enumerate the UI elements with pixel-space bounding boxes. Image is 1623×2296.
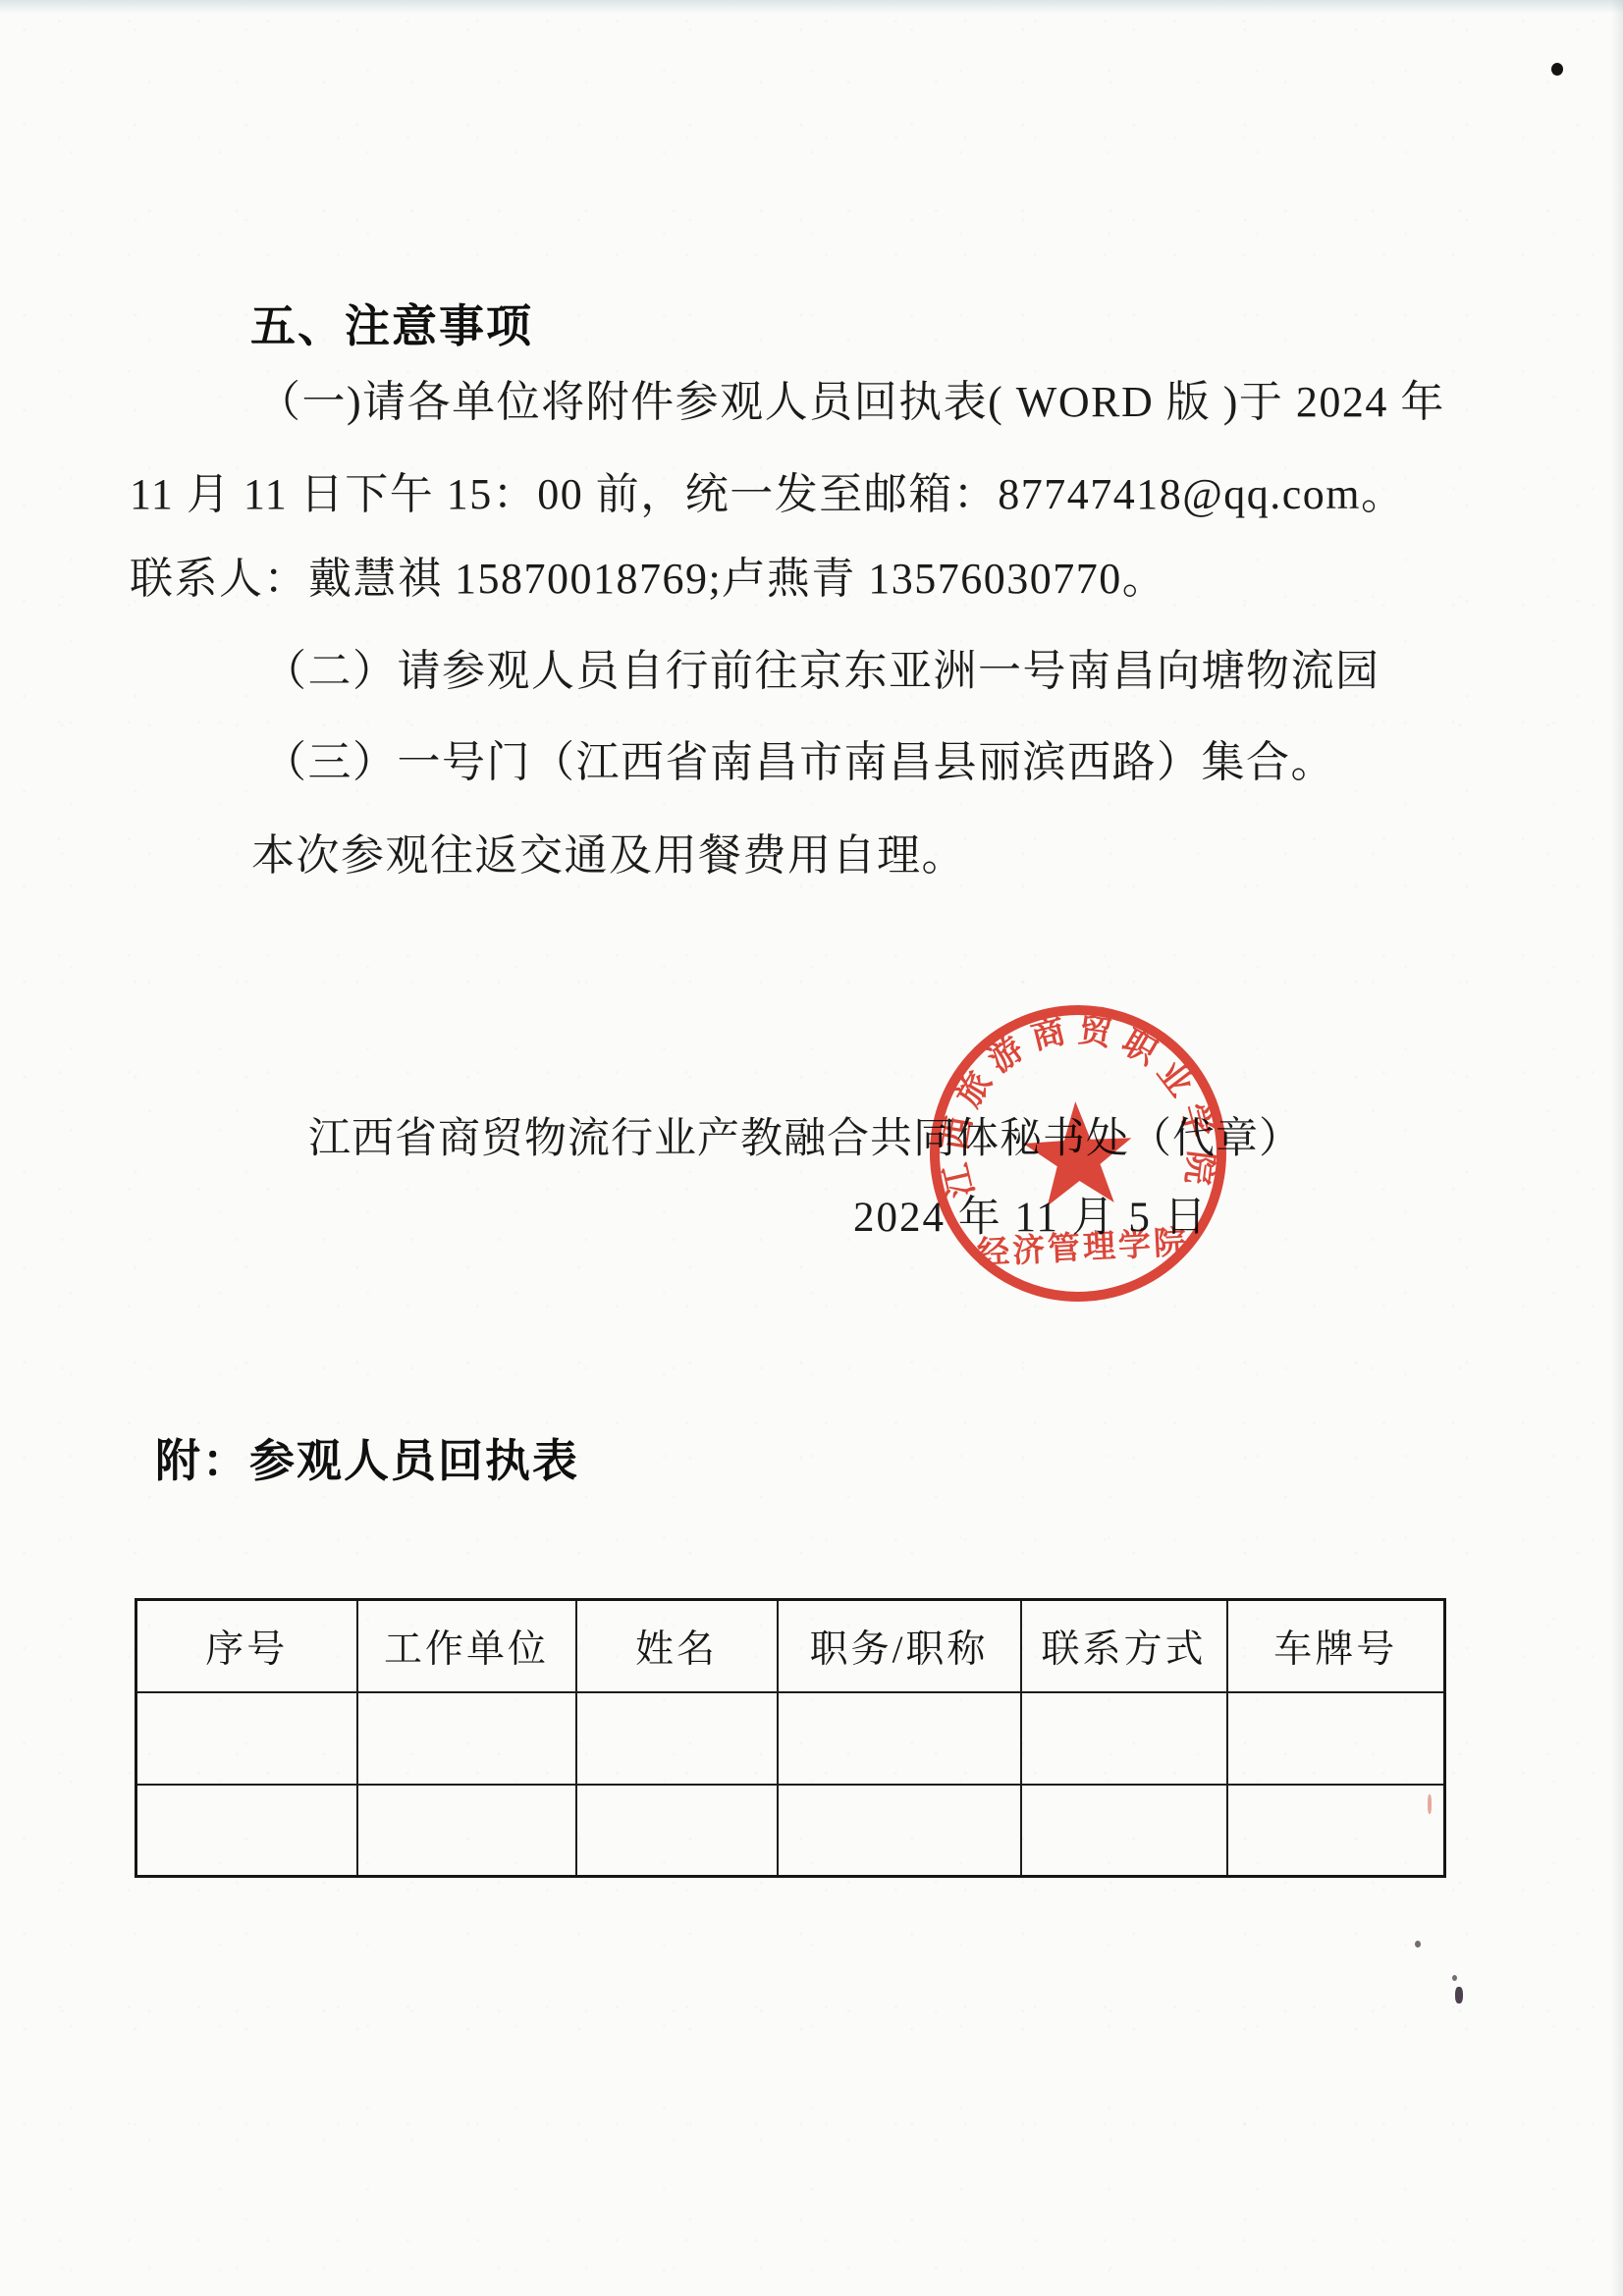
table-cell bbox=[1021, 1785, 1227, 1877]
body-line-1: （一)请各单位将附件参观人员回执表( WORD 版 )于 2024 年 bbox=[257, 379, 1445, 426]
official-seal: 江西旅游商贸职业学院 经济管理学院 bbox=[916, 991, 1240, 1315]
section-title: 五、注意事项 bbox=[250, 300, 533, 352]
scan-speck bbox=[1415, 1941, 1421, 1948]
table-cell bbox=[576, 1785, 778, 1877]
body-line-3: 联系人：戴慧祺 15870018769;卢燕青 13576030770。 bbox=[130, 556, 1166, 603]
table-cell bbox=[136, 1785, 357, 1877]
table-cell bbox=[1021, 1692, 1227, 1785]
seal-bottom-text: 经济管理学院 bbox=[976, 1222, 1190, 1271]
body-line-2: 11 月 11 日下午 15：00 前，统一发至邮箱：87747418@qq.c… bbox=[130, 471, 1406, 518]
table-header-name: 姓名 bbox=[576, 1600, 778, 1692]
table-header-position: 职务/职称 bbox=[778, 1600, 1021, 1692]
table-row bbox=[136, 1785, 1445, 1877]
scanned-document-page: 五、注意事项 （一)请各单位将附件参观人员回执表( WORD 版 )于 2024… bbox=[0, 0, 1623, 2296]
scan-edge-shadow-top bbox=[0, 0, 1623, 14]
body-line-4: （二）请参观人员自行前往京东亚洲一号南昌向塘物流园 bbox=[263, 648, 1380, 695]
star-icon bbox=[1021, 1098, 1135, 1207]
table-cell bbox=[1227, 1692, 1445, 1785]
table-header-index: 序号 bbox=[136, 1600, 357, 1692]
scan-edge-shadow-right bbox=[1611, 0, 1623, 2296]
table-cell bbox=[357, 1785, 576, 1877]
table-header-work-unit: 工作单位 bbox=[357, 1600, 576, 1692]
body-line-5: （三）一号门（江西省南昌市南昌县丽滨西路）集合。 bbox=[263, 739, 1335, 786]
body-line-6: 本次参观往返交通及用餐费用自理。 bbox=[251, 832, 966, 880]
table-row bbox=[136, 1692, 1445, 1785]
scan-speck-red bbox=[1428, 1794, 1432, 1814]
returns-table: 序号 工作单位 姓名 职务/职称 联系方式 车牌号 bbox=[135, 1598, 1446, 1878]
table-cell bbox=[576, 1692, 778, 1785]
table-cell bbox=[778, 1785, 1021, 1877]
table-header-row: 序号 工作单位 姓名 职务/职称 联系方式 车牌号 bbox=[136, 1600, 1445, 1692]
table-cell bbox=[136, 1692, 357, 1785]
table-header-contact: 联系方式 bbox=[1021, 1600, 1227, 1692]
table-header-plate: 车牌号 bbox=[1227, 1600, 1445, 1692]
table-cell bbox=[357, 1692, 576, 1785]
table-cell bbox=[778, 1692, 1021, 1785]
table-cell bbox=[1227, 1785, 1445, 1877]
attachment-heading: 附：参观人员回执表 bbox=[155, 1435, 579, 1487]
scan-speck bbox=[1551, 63, 1563, 76]
official-seal-graphic: 江西旅游商贸职业学院 经济管理学院 bbox=[916, 991, 1240, 1315]
scan-speck bbox=[1452, 1975, 1457, 1981]
scan-speck bbox=[1455, 1987, 1463, 2003]
